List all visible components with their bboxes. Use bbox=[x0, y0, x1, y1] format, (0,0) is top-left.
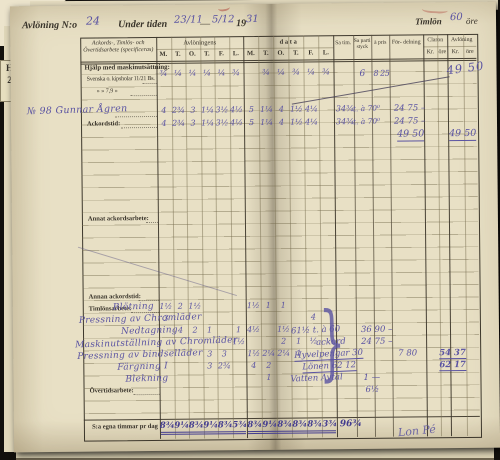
hw-cell: 1½ bbox=[246, 301, 260, 310]
wagebook-page: Avlöning N:o 24 Under tiden 23/11 — 5/12… bbox=[10, 2, 500, 453]
hw-cell: 1½ bbox=[188, 302, 202, 311]
hw-cell: 4 bbox=[274, 118, 288, 127]
day-letter-header: T. bbox=[261, 50, 271, 57]
label-col-header: Ackords-, Timlös- och Övertidsarbete (sp… bbox=[82, 40, 154, 54]
name-row-leader bbox=[115, 115, 157, 117]
hw-cell: 1 bbox=[202, 325, 216, 334]
day-letter-header: T. bbox=[173, 51, 183, 58]
day-letter-header: L. bbox=[231, 50, 241, 57]
week2-group-header: d a t a bbox=[243, 38, 333, 46]
claron-ore-subheader: öre bbox=[437, 49, 447, 56]
hw-cell: 1¼ bbox=[259, 118, 273, 127]
hw-cell: 2¼ bbox=[262, 349, 276, 358]
hw-cell: 5¾ bbox=[232, 420, 246, 430]
sa-tim-value: 34¾ bbox=[336, 104, 354, 113]
hw-cell: ¾ bbox=[229, 68, 243, 77]
day-letter-header: O. bbox=[276, 50, 286, 57]
sa-parti-header: Sa parti styck bbox=[353, 38, 371, 51]
avloning-label: Avlöning N:o bbox=[22, 20, 77, 32]
timlon-row-label: Nedtagning bbox=[121, 325, 178, 337]
hw-cell: 3¾ bbox=[322, 419, 336, 429]
hw-cell: 1 bbox=[261, 301, 275, 310]
label-col-header-line2: Övertidsarbete (specificeras) bbox=[82, 47, 154, 55]
year-printed: 19 bbox=[236, 18, 246, 29]
hw-cell: 8¾ bbox=[218, 420, 232, 430]
hw-cell: ¼ bbox=[200, 68, 214, 77]
hw-cell: 3 bbox=[203, 361, 217, 370]
fordelning-total-value: 49 50 bbox=[397, 128, 424, 141]
hw-cell: 9¼ bbox=[203, 420, 217, 430]
hw-cell: 1 bbox=[262, 373, 276, 382]
hw-cell: ¼ bbox=[304, 67, 318, 76]
hw-cell: 2¾ bbox=[217, 361, 231, 370]
annat-ackordsarbete-label: Annat ackordsarbete: bbox=[88, 215, 149, 223]
hw-cell: 8¾ bbox=[277, 420, 291, 430]
hw-cell: ¾ bbox=[289, 68, 303, 77]
timlon-value: 60 bbox=[450, 12, 463, 23]
avloning-kr-subheader: Kr. bbox=[447, 49, 463, 56]
a-pris-value: 8 25 bbox=[373, 69, 389, 78]
overtidsarbete-leader bbox=[134, 393, 160, 395]
scanned-wagebook-photo: H 2 Avlöning N:o 24 Under tiden 23/11 — … bbox=[0, 0, 500, 460]
day-letter-header: F. bbox=[216, 50, 226, 57]
claron-header: Claron bbox=[423, 37, 447, 44]
avloning-no-value: 24 bbox=[86, 14, 100, 27]
hw-cell: 3 bbox=[186, 119, 200, 128]
a-pris-note: t. à 70⁰ bbox=[353, 103, 381, 113]
timlon-label: Timlön bbox=[415, 16, 442, 26]
date-dash: — bbox=[200, 18, 210, 29]
day-letter-header: T. bbox=[202, 50, 212, 57]
under-tiden-label: Under tiden bbox=[118, 19, 167, 30]
note-amount: 1 — bbox=[363, 373, 380, 383]
day-letter-header: O. bbox=[187, 51, 197, 58]
hw-cell: 1¼ bbox=[200, 118, 214, 127]
annan-ackordstid-label: Annan ackordstid: bbox=[89, 293, 141, 301]
hw-cell: 1½ bbox=[159, 302, 173, 311]
hw-cell: 4 bbox=[306, 312, 320, 321]
fordelning-value: 24 75 – bbox=[394, 116, 425, 126]
hw-cell: 8¾ bbox=[247, 420, 261, 430]
day-letter-header: L. bbox=[321, 49, 331, 56]
a-pris-header: à pris bbox=[371, 40, 389, 47]
hw-cell: 2¾ bbox=[171, 119, 185, 128]
hw-cell: 5 bbox=[244, 105, 258, 114]
hw-cell: ¼ bbox=[274, 68, 288, 77]
red-mark-right bbox=[422, 3, 448, 14]
hw-cell: 9¼ bbox=[262, 420, 276, 430]
hw-cell: 2 bbox=[173, 302, 187, 311]
hw-cell: 8¾ bbox=[160, 421, 174, 431]
hw-cell: ¼ bbox=[214, 68, 228, 77]
hw-cell: 1¼ bbox=[259, 105, 273, 114]
hw-cell: 2 bbox=[262, 361, 276, 370]
hw-cell: 3½ bbox=[215, 118, 229, 127]
note-total: 54 37 bbox=[439, 348, 466, 359]
hw-cell: 2¼ bbox=[277, 349, 291, 358]
note-total: 62 17 bbox=[439, 360, 466, 371]
hw-cell: 4½ bbox=[246, 325, 260, 334]
ackordstid-leader bbox=[121, 126, 157, 128]
avloning-total-value: 49 50 bbox=[449, 128, 476, 141]
hw-cell: 1½ bbox=[232, 337, 246, 346]
hw-cell: 4½ bbox=[229, 105, 243, 114]
a-pris-note: t. à 70⁰ bbox=[353, 116, 381, 126]
annat-ackordsarbete-leader bbox=[146, 221, 158, 223]
hw-cell: ¼ bbox=[185, 69, 199, 78]
hw-cell: 9¼ bbox=[174, 421, 188, 431]
day-letter-header: T. bbox=[291, 50, 301, 57]
hw-cell: ¾ bbox=[156, 69, 170, 78]
hw-cell: 2 bbox=[188, 326, 202, 335]
hw-cell: 4 bbox=[247, 361, 261, 370]
sa-tim-value: 34¾ bbox=[336, 117, 354, 126]
hw-cell: ¾ bbox=[259, 68, 273, 77]
year-written: 31 bbox=[246, 14, 259, 25]
note-amount: 36 90 – bbox=[361, 325, 392, 335]
hw-cell: 8¾ bbox=[292, 420, 306, 430]
red-mark-left bbox=[217, 3, 230, 12]
sa-tim-header: Sa tim. bbox=[333, 40, 353, 47]
overtidsarbete-label: Övertidsarbete: bbox=[90, 387, 134, 394]
timlon-unit: öre bbox=[466, 16, 478, 26]
hw-cell: 3 bbox=[159, 314, 173, 323]
hw-cell: 3 bbox=[203, 349, 217, 358]
hw-cell: 5 bbox=[244, 118, 258, 127]
hw-cell: 2 bbox=[277, 337, 291, 346]
hw-cell: 8¾ bbox=[307, 419, 321, 429]
claron-kr-subheader: Kr. bbox=[423, 49, 437, 56]
hw-cell: ¼ bbox=[171, 69, 185, 78]
note-amount: 24 75 – bbox=[361, 337, 392, 347]
week1-group-header: Avlöningens bbox=[156, 39, 243, 47]
timlon-row-label: Blekning bbox=[125, 373, 168, 384]
sum-total-value: 96¾ bbox=[340, 419, 362, 429]
day-letter-header: M. bbox=[246, 50, 256, 57]
hw-cell: 1 bbox=[231, 325, 245, 334]
fordelning-header: För- delning bbox=[389, 39, 423, 46]
hw-cell: 4 bbox=[157, 119, 171, 128]
hw-cell: ¾ bbox=[319, 67, 333, 76]
hw-cell: 3 bbox=[217, 349, 231, 358]
note-amount: 7 80 bbox=[398, 348, 417, 358]
date-from-value: 23/11 bbox=[174, 14, 203, 25]
hw-cell: 2¾ bbox=[171, 106, 185, 115]
hw-cell: 4 bbox=[157, 106, 171, 115]
hw-cell: 3 bbox=[186, 106, 200, 115]
kipsholar-leader bbox=[143, 82, 157, 84]
hw-cell: 1¼ bbox=[200, 105, 214, 114]
hw-cell: 1 bbox=[276, 301, 290, 310]
note-text: 6½ bbox=[365, 385, 379, 396]
avloning-col-header: Avlöning bbox=[447, 37, 476, 44]
hw-cell: 1½ bbox=[289, 105, 303, 114]
ackordstid-label: Ackordstid: bbox=[87, 120, 120, 127]
kipsholar2-leader bbox=[131, 94, 157, 96]
day-letter-header: F. bbox=[306, 49, 316, 56]
note-text: ackord bbox=[316, 337, 346, 348]
kipsholar-line2: » » 7,9 » bbox=[97, 88, 118, 94]
hw-cell: 3½ bbox=[215, 105, 229, 114]
sa-parti-value: 6 bbox=[359, 69, 365, 79]
timlon-row-label: Färgning I bbox=[117, 361, 168, 373]
date-to-value: 5/12 bbox=[212, 14, 235, 25]
hw-cell: 1½ bbox=[276, 325, 290, 334]
hw-cell: 1½ bbox=[289, 118, 303, 127]
hw-cell: 4½ bbox=[229, 118, 243, 127]
sum-row-label: S:a egna timmar pr dag bbox=[72, 423, 158, 431]
hw-cell: 4¼ bbox=[304, 104, 318, 113]
avloning-ore-subheader: öre bbox=[463, 49, 476, 56]
fordelning-value: 24 75 – bbox=[394, 103, 425, 113]
hw-cell: 4¼ bbox=[304, 117, 318, 126]
day-letter-header: M. bbox=[158, 51, 168, 58]
hw-cell: 1½ bbox=[247, 349, 261, 358]
hw-cell: 8¾ bbox=[189, 421, 203, 431]
timlon-row-label: Blötning bbox=[113, 302, 154, 313]
hw-cell: 1 bbox=[292, 337, 306, 346]
hw-cell: 4 bbox=[173, 326, 187, 335]
hw-cell: 4 bbox=[274, 105, 288, 114]
